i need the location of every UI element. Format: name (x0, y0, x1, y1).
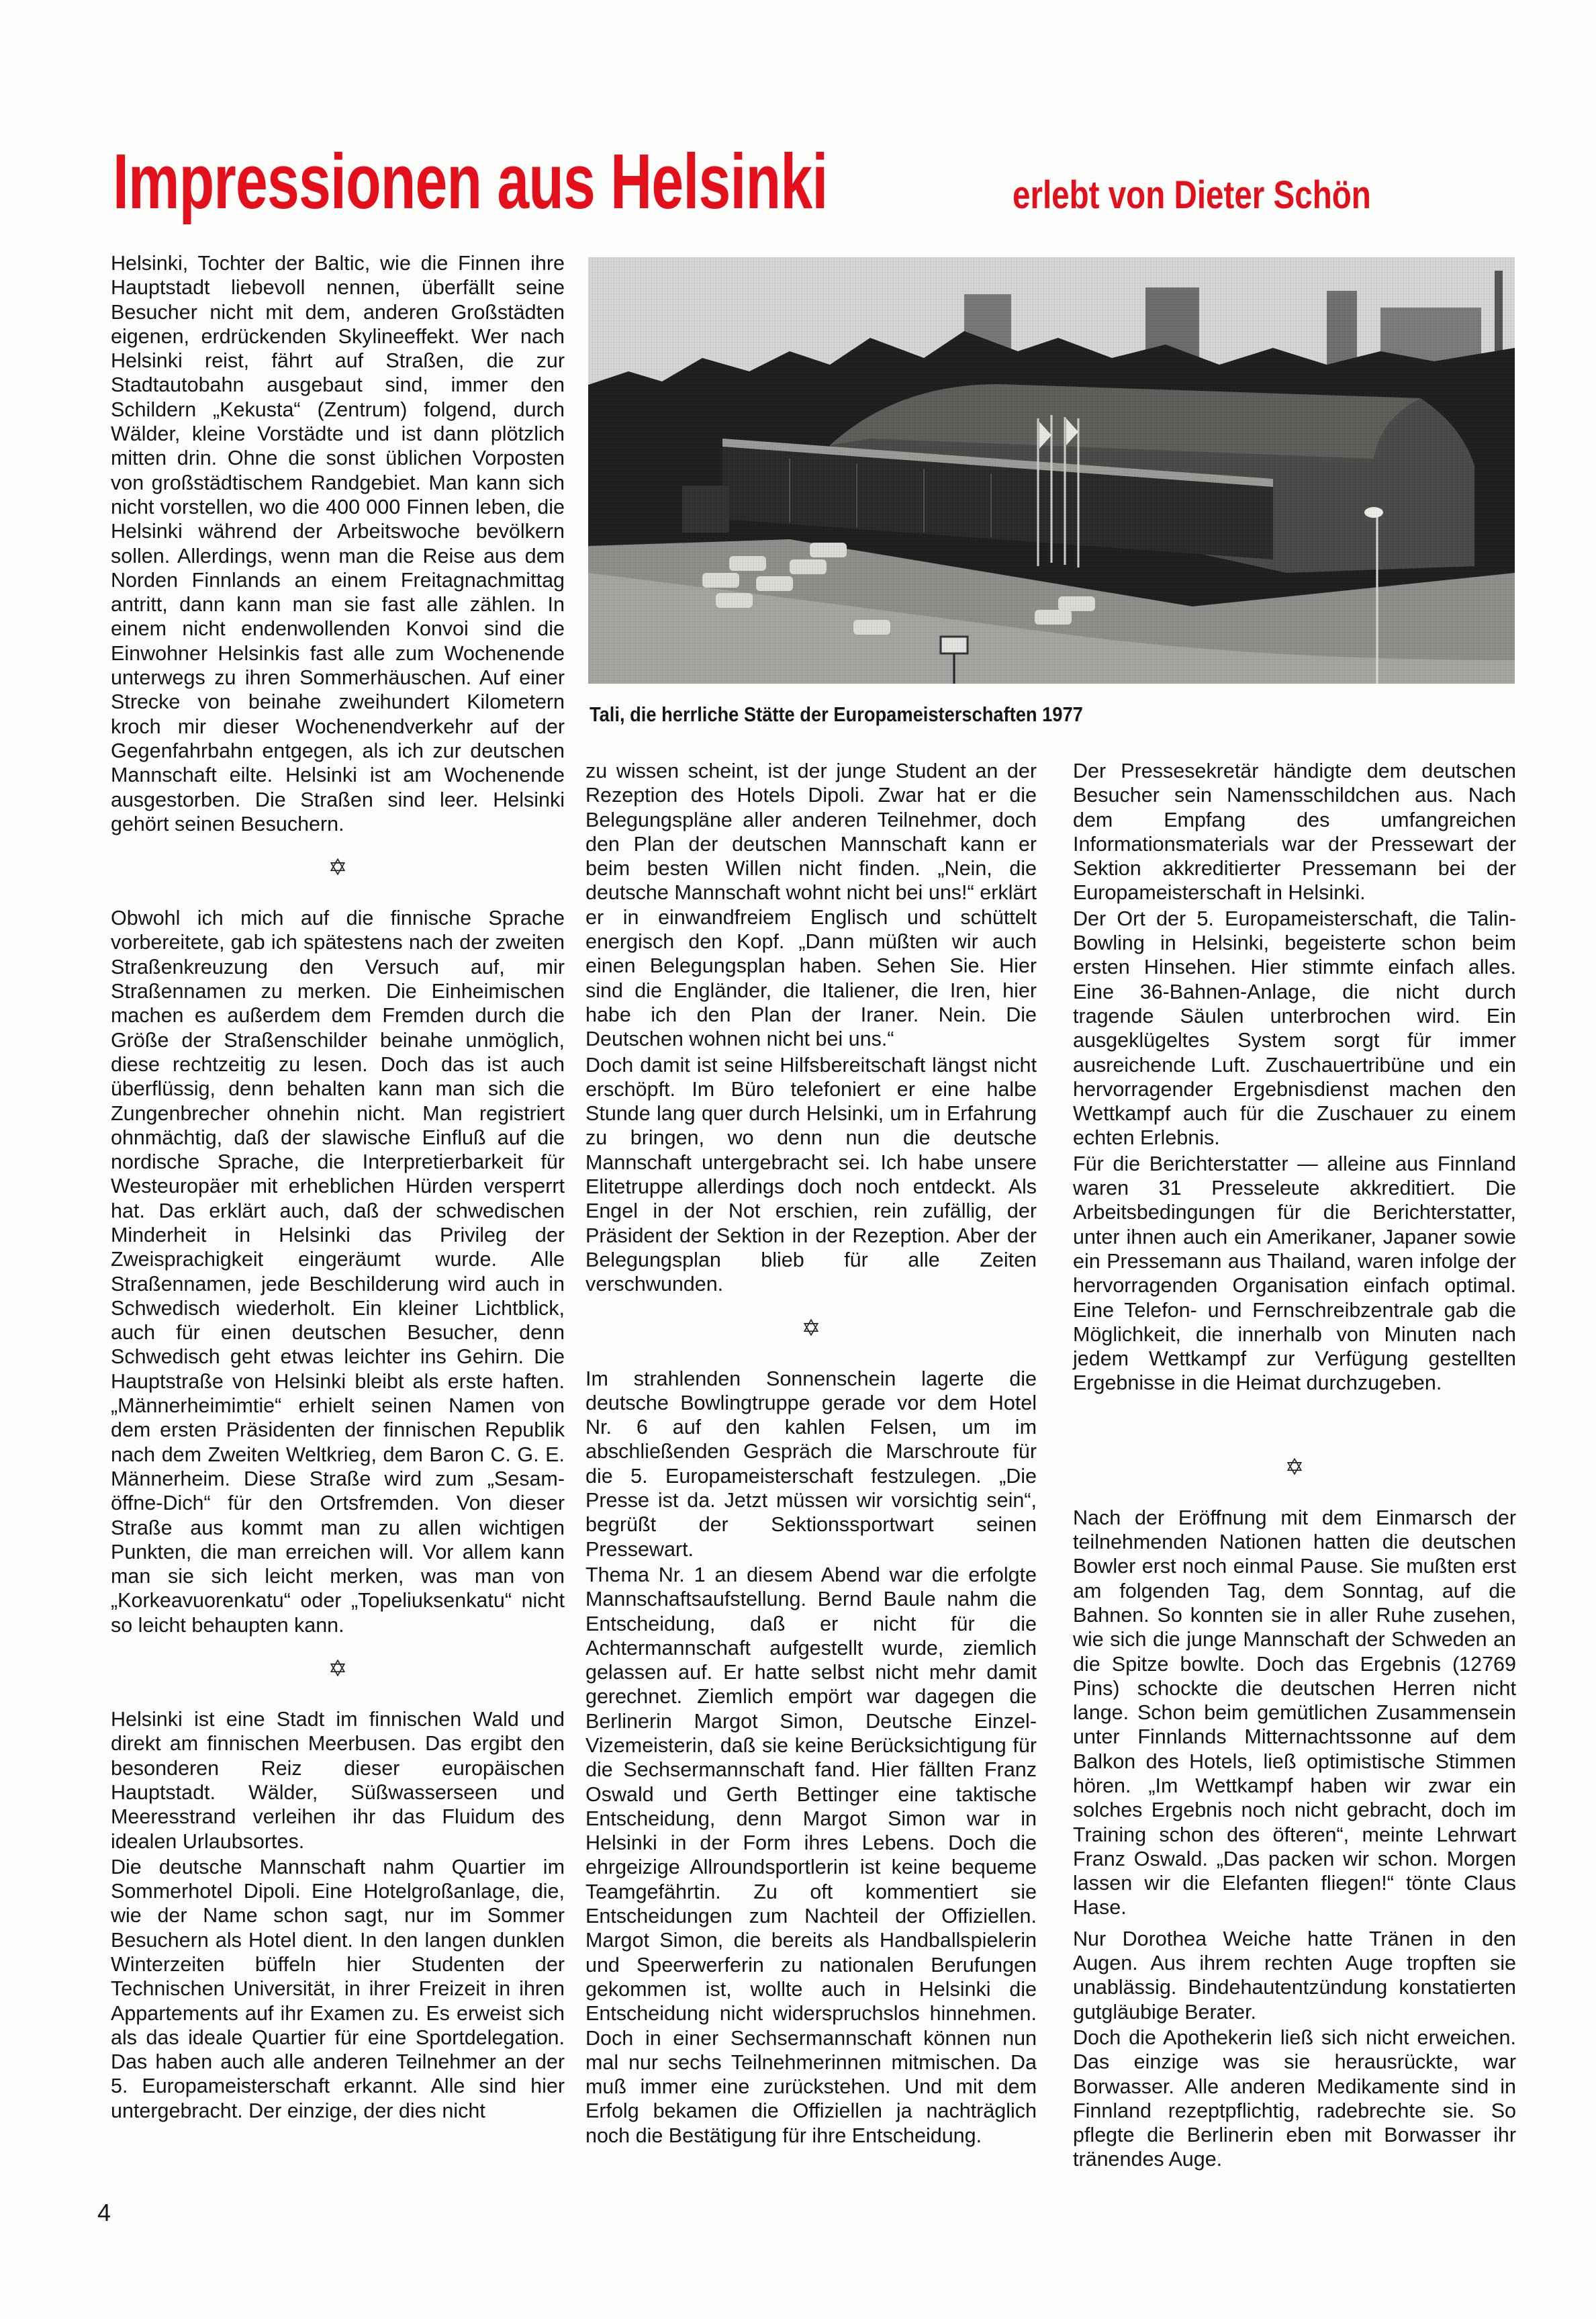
headline: Impressionen aus Helsinki erlebt von Die… (113, 142, 1450, 220)
paragraph: Helsinki ist eine Stadt im finnischen Wa… (111, 1707, 565, 1854)
photo-caption: Tali, die herrliche Stätte der Europamei… (590, 704, 1083, 725)
paragraph: Doch damit ist seine Hilfsbereitschaft l… (585, 1053, 1037, 1297)
paragraph: Im strahlenden Sonnenschein lagerte die … (585, 1367, 1037, 1561)
building-photo-graphic (588, 257, 1515, 684)
column-left: Helsinki, Tochter der Baltic, wie die Fi… (111, 251, 565, 2123)
paragraph: Die deutsche Mannschaft nahm Quartier im… (111, 1855, 565, 2123)
column-right: Der Pressesekretär händigte dem deutsche… (1073, 759, 1516, 2172)
star-icon: ✡ (111, 1657, 565, 1680)
paragraph: Doch die Apothekerin ließ sich nicht erw… (1073, 2026, 1516, 2172)
paragraph: Helsinki, Tochter der Baltic, wie die Fi… (111, 251, 565, 836)
paragraph: Für die Berichterstatter — alleine aus F… (1073, 1152, 1516, 1396)
author-byline: erlebt von Dieter Schön (1013, 176, 1371, 215)
column-middle: zu wissen scheint, ist der junge Student… (585, 759, 1037, 2148)
star-icon: ✡ (111, 856, 565, 879)
photo-tali-bowling-hall (588, 257, 1515, 684)
paragraph: zu wissen scheint, ist der junge Student… (585, 759, 1037, 1052)
star-icon: ✡ (585, 1317, 1037, 1340)
paragraph: Der Pressesekretär händigte dem deutsche… (1073, 759, 1516, 905)
star-icon: ✡ (1073, 1456, 1516, 1479)
paragraph: Obwohl ich mich auf die finnische Sprach… (111, 906, 565, 1637)
paragraph: Der Ort der 5. Europameisterschaft, die … (1073, 907, 1516, 1150)
paragraph: Thema Nr. 1 an diesem Abend war die erfo… (585, 1563, 1037, 2148)
paragraph: Nur Dorothea Weiche hatte Tränen in den … (1073, 1927, 1516, 2024)
article-title: Impressionen aus Helsinki (113, 142, 659, 220)
page-number: 4 (97, 2201, 111, 2225)
paragraph: Nach der Eröffnung mit dem Einmarsch der… (1073, 1506, 1516, 1920)
